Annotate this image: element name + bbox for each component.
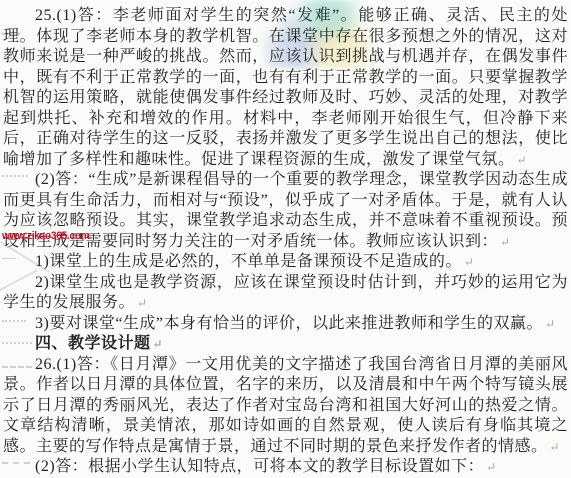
paragraph-text: 3)要对课堂“生成”本身有恰当的评价，以此来推进教师和学生的双赢。	[35, 315, 543, 332]
answer-26-1-paragraph: 26.(1)答：《日月潭》一文用优美的文字描述了我国台湾省日月潭的美丽风景。作者…	[3, 355, 568, 458]
paragraph-text: 1)课堂上的生成是必然的，不单单是备课预设不足造成的。	[35, 253, 462, 270]
paragraph-return-mark: ↵	[498, 235, 510, 249]
paragraph-text: 2)课堂生成也是教学资源，应该在课堂预设时估计到，并巧妙的运用它为学生的发展服务…	[3, 274, 568, 312]
section-heading: 四、教学设计题↵	[3, 334, 568, 355]
paragraph-text: 25.(1)答：李老师面对学生的突然“发难”。能够正确、灵活、民主的处理。体现了…	[3, 7, 568, 168]
paragraph-return-mark: ↵	[135, 296, 147, 310]
numbered-item-1: 1)课堂上的生成是必然的，不单单是备课预设不足造成的。↵	[3, 252, 568, 273]
scanned-document-page: www.zikao365.com 25.(1)答：李老师面对学生的突然“发难”。…	[0, 0, 571, 478]
numbered-item-3: 3)要对课堂“生成”本身有恰当的评价，以此来推进教师和学生的双赢。↵	[3, 314, 568, 335]
answer-26-2-paragraph: (2)答：根据小学生认知特点，可将本文的教学目标设置如下：↵	[3, 457, 568, 478]
paragraph-return-mark: ↵	[543, 317, 555, 331]
paragraph-return-mark: ↵	[548, 440, 560, 454]
paragraph-return-mark: ↵	[151, 337, 163, 351]
paragraph-return-mark: ↵	[484, 460, 496, 474]
paragraph-text: (2)答：根据小学生认知特点，可将本文的教学目标设置如下：	[35, 458, 484, 475]
heading-text: 四、教学设计题	[35, 335, 151, 352]
paragraph-return-mark: ↵	[515, 153, 527, 167]
answer-25-1-paragraph: 25.(1)答：李老师面对学生的突然“发难”。能够正确、灵活、民主的处理。体现了…	[3, 6, 568, 170]
paragraph-text: 26.(1)答：《日月潭》一文用优美的文字描述了我国台湾省日月潭的美丽风景。作者…	[3, 356, 568, 455]
numbered-item-2: 2)课堂生成也是教学资源，应该在课堂预设时估计到，并巧妙的运用它为学生的发展服务…	[3, 273, 568, 314]
paragraph-return-mark: ↵	[462, 255, 474, 269]
red-site-watermark: www.zikao365.com	[2, 231, 89, 242]
